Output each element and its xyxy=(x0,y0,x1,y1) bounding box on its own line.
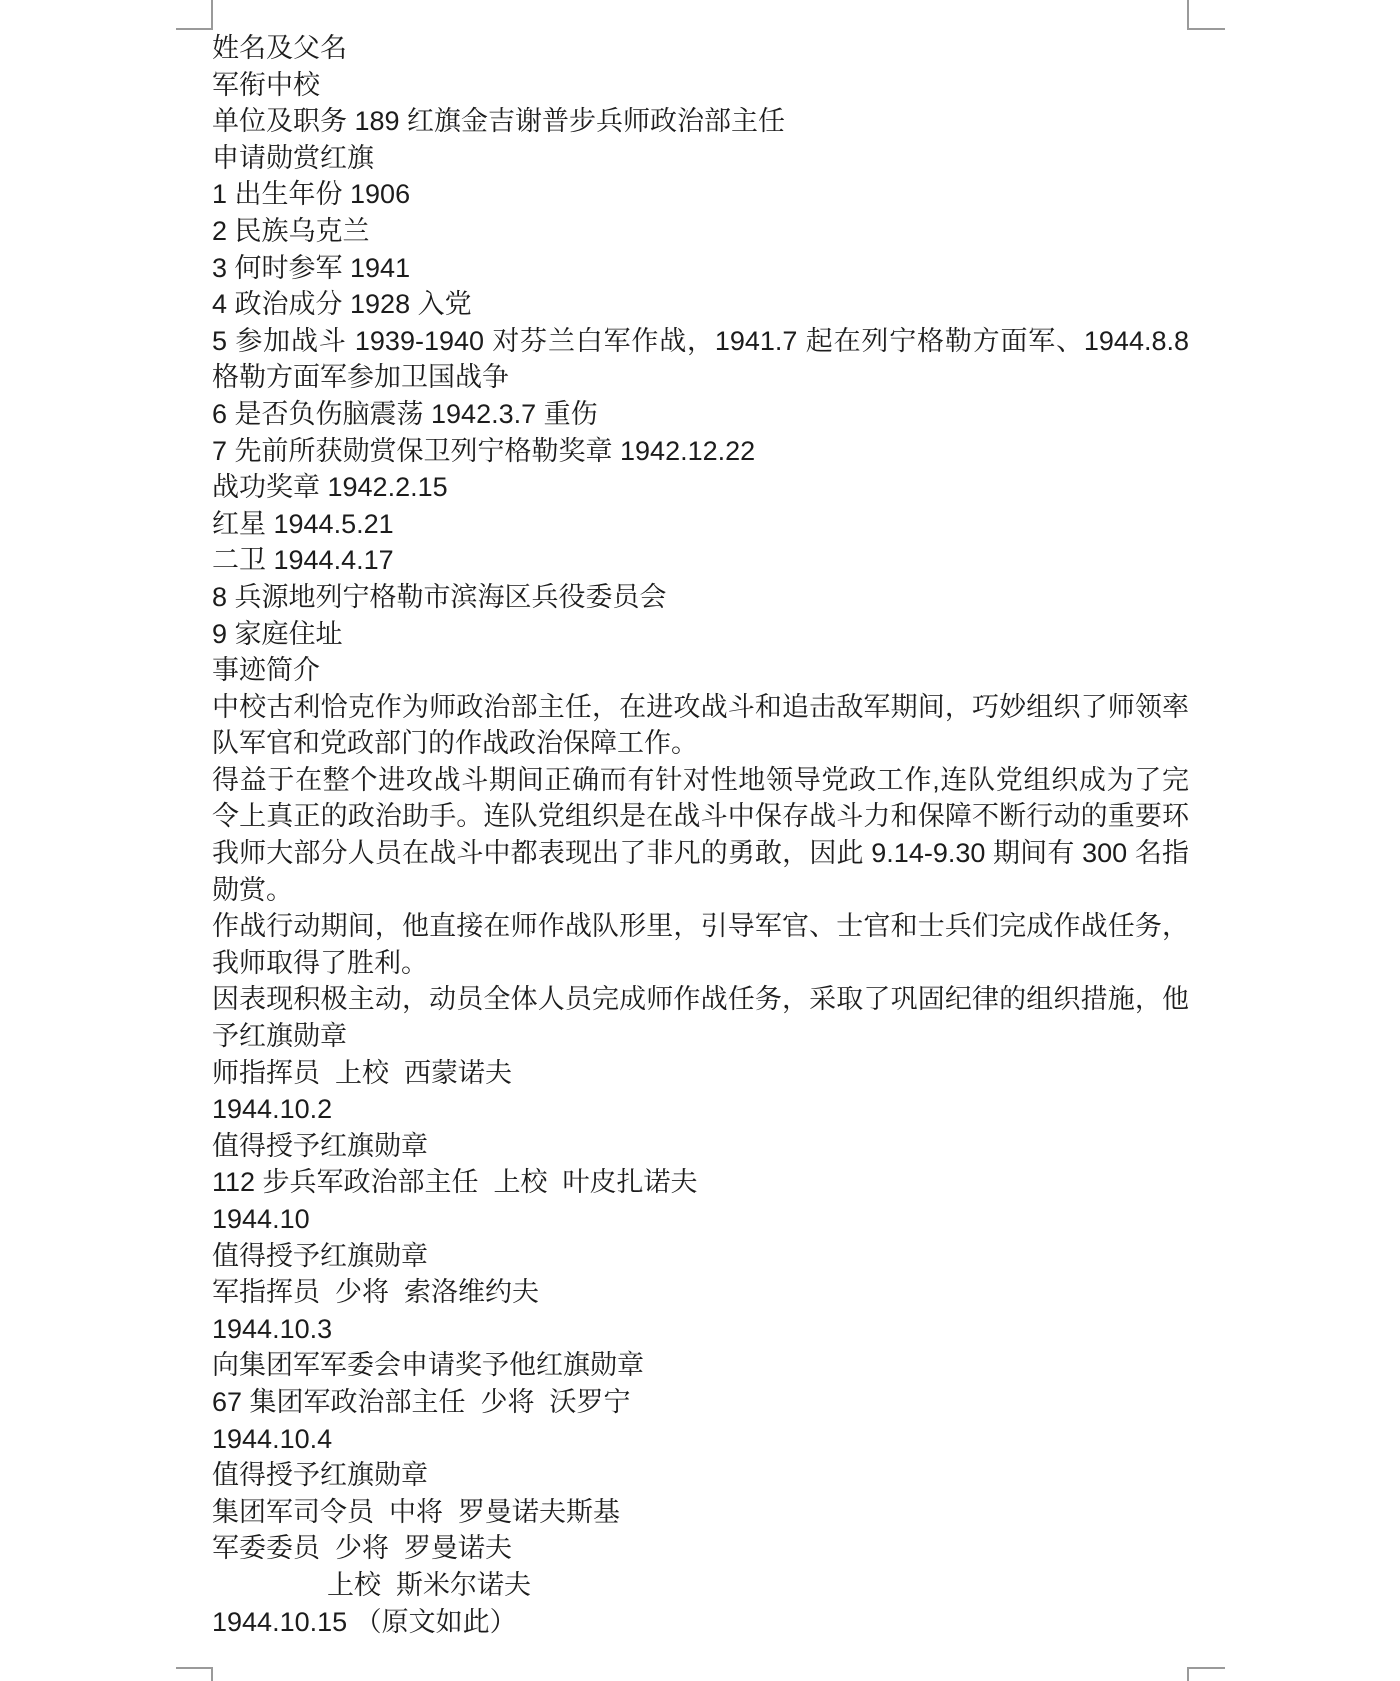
crop-mark-top-right xyxy=(1187,0,1225,30)
text-line: 1944.10.15 （原文如此） xyxy=(212,1604,1189,1641)
text-line: 112 步兵军政治部主任 上校 叶皮扎诺夫 xyxy=(212,1164,1189,1201)
text-line: 队军官和党政部门的作战政治保障工作。 xyxy=(212,725,1189,762)
text-line: 军指挥员 少将 索洛维约夫 xyxy=(212,1274,1189,1311)
text-line: 67 集团军政治部主任 少将 沃罗宁 xyxy=(212,1384,1189,1421)
text-line: 6 是否负伤脑震荡 1942.3.7 重伤 xyxy=(212,396,1189,433)
text-line: 军衔中校 xyxy=(212,67,1189,104)
text-line: 单位及职务 189 红旗金吉谢普步兵师政治部主任 xyxy=(212,103,1189,140)
text-line: 1944.10 xyxy=(212,1201,1189,1238)
text-line: 姓名及父名 xyxy=(212,30,1189,67)
text-line: 二卫 1944.4.17 xyxy=(212,542,1189,579)
text-line: 1 出生年份 1906 xyxy=(212,176,1189,213)
text-line: 值得授予红旗勋章 xyxy=(212,1128,1189,1165)
text-line: 1944.10.4 xyxy=(212,1421,1189,1458)
text-line: 令上真正的政治助手。连队党组织是在战斗中保存战斗力和保障不断行动的重要环节。因此 xyxy=(212,798,1189,835)
text-line: 因表现积极主动，动员全体人员完成师作战任务，采取了巩固纪律的组织措施，他值得被授 xyxy=(212,981,1189,1018)
text-line: 申请勋赏红旗 xyxy=(212,140,1189,177)
text-line: 事迹简介 xyxy=(212,652,1189,689)
text-line: 我师取得了胜利。 xyxy=(212,945,1189,982)
text-line: 得益于在整个进攻战斗期间正确而有针对性地领导党政工作,连队党组织成为了完成作战命 xyxy=(212,762,1189,799)
text-line: 红星 1944.5.21 xyxy=(212,506,1189,543)
text-line: 战功奖章 1942.2.15 xyxy=(212,469,1189,506)
crop-mark-top-left xyxy=(176,0,213,30)
text-line: 1944.10.3 xyxy=(212,1311,1189,1348)
text-line: 9 家庭住址 xyxy=(212,616,1189,653)
text-line: 2 民族乌克兰 xyxy=(212,213,1189,250)
text-line: 值得授予红旗勋章 xyxy=(212,1238,1189,1275)
document-body: 姓名及父名军衔中校单位及职务 189 红旗金吉谢普步兵师政治部主任申请勋赏红旗1… xyxy=(212,30,1189,1640)
text-line: 3 何时参军 1941 xyxy=(212,250,1189,287)
text-line: 向集团军军委会申请奖予他红旗勋章 xyxy=(212,1347,1189,1384)
text-line: 军委委员 少将 罗曼诺夫 xyxy=(212,1530,1189,1567)
text-line: 格勒方面军参加卫国战争 xyxy=(212,359,1189,396)
text-line: 予红旗勋章 xyxy=(212,1018,1189,1055)
text-line: 1944.10.2 xyxy=(212,1091,1189,1128)
text-line: 中校古利恰克作为师政治部主任，在进攻战斗和追击敌军期间，巧妙组织了师领率机关、部 xyxy=(212,689,1189,726)
text-line: 7 先前所获勋赏保卫列宁格勒奖章 1942.12.22 xyxy=(212,433,1189,470)
document-page: { "page": { "colors": { "background": "#… xyxy=(0,0,1400,1681)
text-line: 作战行动期间，他直接在师作战队形里，引导军官、士官和士兵们完成作战任务，得益于此 xyxy=(212,908,1189,945)
text-line: 8 兵源地列宁格勒市滨海区兵役委员会 xyxy=(212,579,1189,616)
text-line: 集团军司令员 中将 罗曼诺夫斯基 xyxy=(212,1494,1189,1531)
text-line: 我师大部分人员在战斗中都表现出了非凡的勇敢，因此 9.14-9.30 期间有 3… xyxy=(212,835,1189,872)
text-line: 上校 斯米尔诺夫 xyxy=(212,1567,1189,1604)
text-line: 值得授予红旗勋章 xyxy=(212,1457,1189,1494)
text-line: 5 参加战斗 1939-1940 对芬兰白军作战，1941.7 起在列宁格勒方面… xyxy=(212,323,1189,360)
text-line: 4 政治成分 1928 入党 xyxy=(212,286,1189,323)
crop-mark-bottom-right xyxy=(1187,1667,1225,1681)
text-line: 师指挥员 上校 西蒙诺夫 xyxy=(212,1055,1189,1092)
text-line: 勋赏。 xyxy=(212,872,1189,909)
crop-mark-bottom-left xyxy=(176,1667,213,1681)
